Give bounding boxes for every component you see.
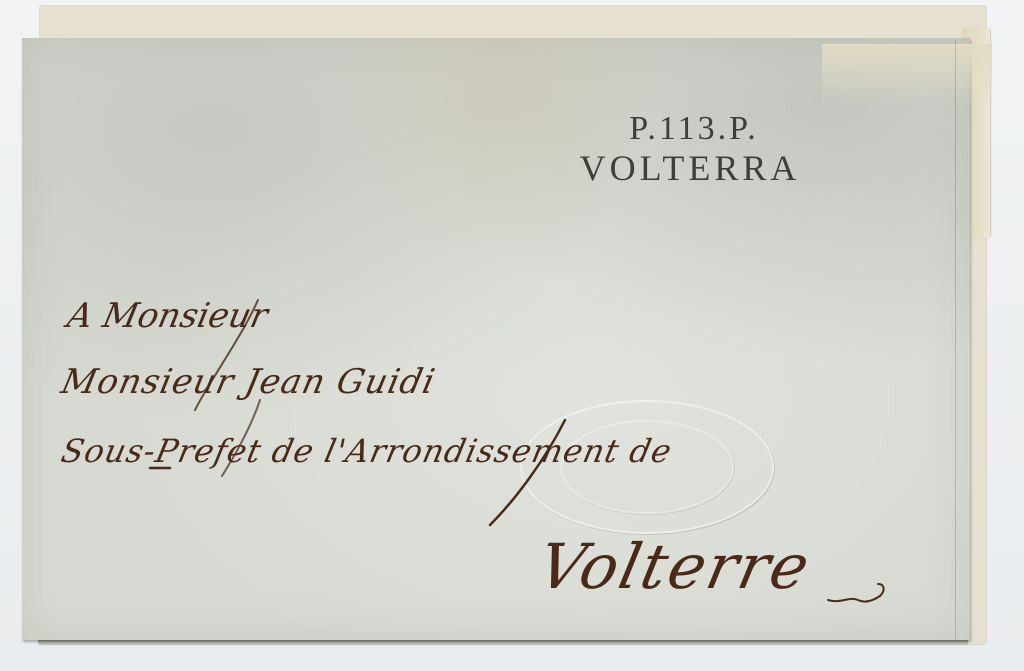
pen-flourish-icon: [0, 0, 1024, 671]
